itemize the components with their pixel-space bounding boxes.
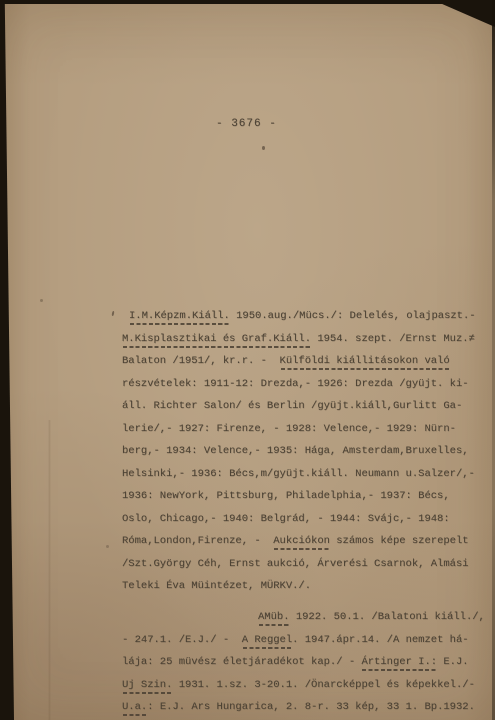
text-segment: Helsinki,- 1936: Bécs,m/gyüjt.kiáll. Neu… [122,468,475,480]
text-line: AMüb. 1922. 50.1. /Balatoni kiáll./, [122,606,488,629]
text-segment: 1936: NewYork, Pittsburg, Philadelphia,-… [122,490,450,502]
text-segment: 1931. 1.sz. 3-20.1. /Önarcképpel és képe… [172,679,474,691]
text-segment: 1950.aug./Mücs./: Delelés, olajpaszt.- [230,310,476,322]
stray-mark [262,146,265,150]
text-line: M.Kisplasztikai és Graf.Kiáll. 1954. sze… [122,328,488,351]
bibliography-text: AMüb. 1922. 50.1. /Balatoni kiáll./, - 2… [122,606,488,719]
text-line: - 247.1. /E.J./ - A Reggel. 1947.ápr.14.… [122,629,488,652]
scan-edge-top [0,0,495,4]
text-segment: lája: 25 müvész életjáradékot kap./ - [122,656,361,668]
underlined-phrase: Aukciókon [273,535,330,547]
underlined-phrase: U.a. [122,701,147,713]
text-line: lája: 25 müvész életjáradékot kap./ - Ár… [122,651,488,674]
text-line: lerie/,- 1927: Firenze, - 1928: Velence,… [122,418,488,441]
paper-crease [48,420,51,720]
underlined-phrase: AMüb. [258,611,290,623]
text-line: Uj Szin. 1931. 1.sz. 3-20.1. /Önarcképpe… [122,674,488,697]
text-line: /Szt.György Céh, Ernst aukció, Árverési … [122,553,488,576]
catalog-entry-text: I.M.Képzm.Kiáll. 1950.aug./Mücs./: Delel… [122,305,488,598]
text-line: Helsinki,- 1936: Bécs,m/gyüjt.kiáll. Neu… [122,463,488,486]
text-line: részvételek: 1911-12: Drezda,- 1926: Dre… [122,373,488,396]
text-segment: Róma,London,Firenze, - [122,535,273,547]
text-line: U.a.: E.J. Ars Hungarica, 2. 8-r. 33 kép… [122,696,488,719]
text-line: áll. Richter Salon/ és Berlin /gyüjt.kiá… [122,395,488,418]
text-line: berg,- 1934: Velence,- 1935: Hága, Amste… [122,440,488,463]
underlined-phrase: I.M.Képzm.Kiáll. [129,310,230,322]
text-segment: Teleki Éva Müintézet, MÜRKV./. [122,580,311,592]
text-line: Balaton /1951/, kr.r. - Külföldi kiállit… [122,350,488,373]
underlined-phrase: Uj Szin. [122,679,172,691]
underlined-phrase: Külföldi kiállitásokon való [280,355,450,367]
text-segment: - 247.1. /E.J./ - [122,634,242,646]
scan-background: - 3676 - I.M.Képzm.Kiáll. 1950.aug./Mücs… [0,0,495,720]
text-line: Teleki Éva Müintézet, MÜRKV./. [122,575,488,598]
page-number: - 3676 - [216,118,277,130]
text-line: 1936: NewYork, Pittsburg, Philadelphia,-… [122,485,488,508]
text-segment: . 1947.ápr.14. /A nemzet há- [292,634,468,646]
text-segment: : E.J. Ars Hungarica, 2. 8-r. 33 kép, 33… [147,701,475,713]
stray-mark [112,311,115,316]
underlined-phrase: A Reggel [242,634,292,646]
stray-mark [40,299,43,302]
text-line: Róma,London,Firenze, - Aukciókon számos … [122,530,488,553]
text-segment: /Szt.György Céh, Ernst aukció, Árverési … [122,558,469,570]
text-segment: részvételek: 1911-12: Drezda,- 1926: Dre… [122,378,469,390]
text-segment: lerie/,- 1927: Firenze, - 1928: Velence,… [122,423,456,435]
underlined-phrase: M.Kisplasztikai és Graf.Kiáll. [122,333,311,345]
text-segment: 1922. 50.1. /Balatoni kiáll./, [290,611,485,623]
text-segment: számos képe szerepelt [330,535,469,547]
text-line: Oslo, Chicago,- 1940: Belgrád, - 1944: S… [122,508,488,531]
text-segment: 1954. szept. /Ernst Muz.≠ [311,333,475,345]
text-segment: áll. Richter Salon/ és Berlin /gyüjt.kiá… [122,400,462,412]
text-segment: berg,- 1934: Velence,- 1935: Hága, Amste… [122,445,469,457]
stray-mark [106,545,109,548]
text-segment: E.J. [437,656,469,668]
text-segment: Oslo, Chicago,- 1940: Belgrád, - 1944: S… [122,513,450,525]
text-line: I.M.Képzm.Kiáll. 1950.aug./Mücs./: Delel… [122,305,488,328]
underlined-phrase: Ártinger I.: [361,656,437,668]
document-page: - 3676 - I.M.Képzm.Kiáll. 1950.aug./Mücs… [0,0,495,720]
text-segment: Balaton /1951/, kr.r. - [122,355,280,367]
